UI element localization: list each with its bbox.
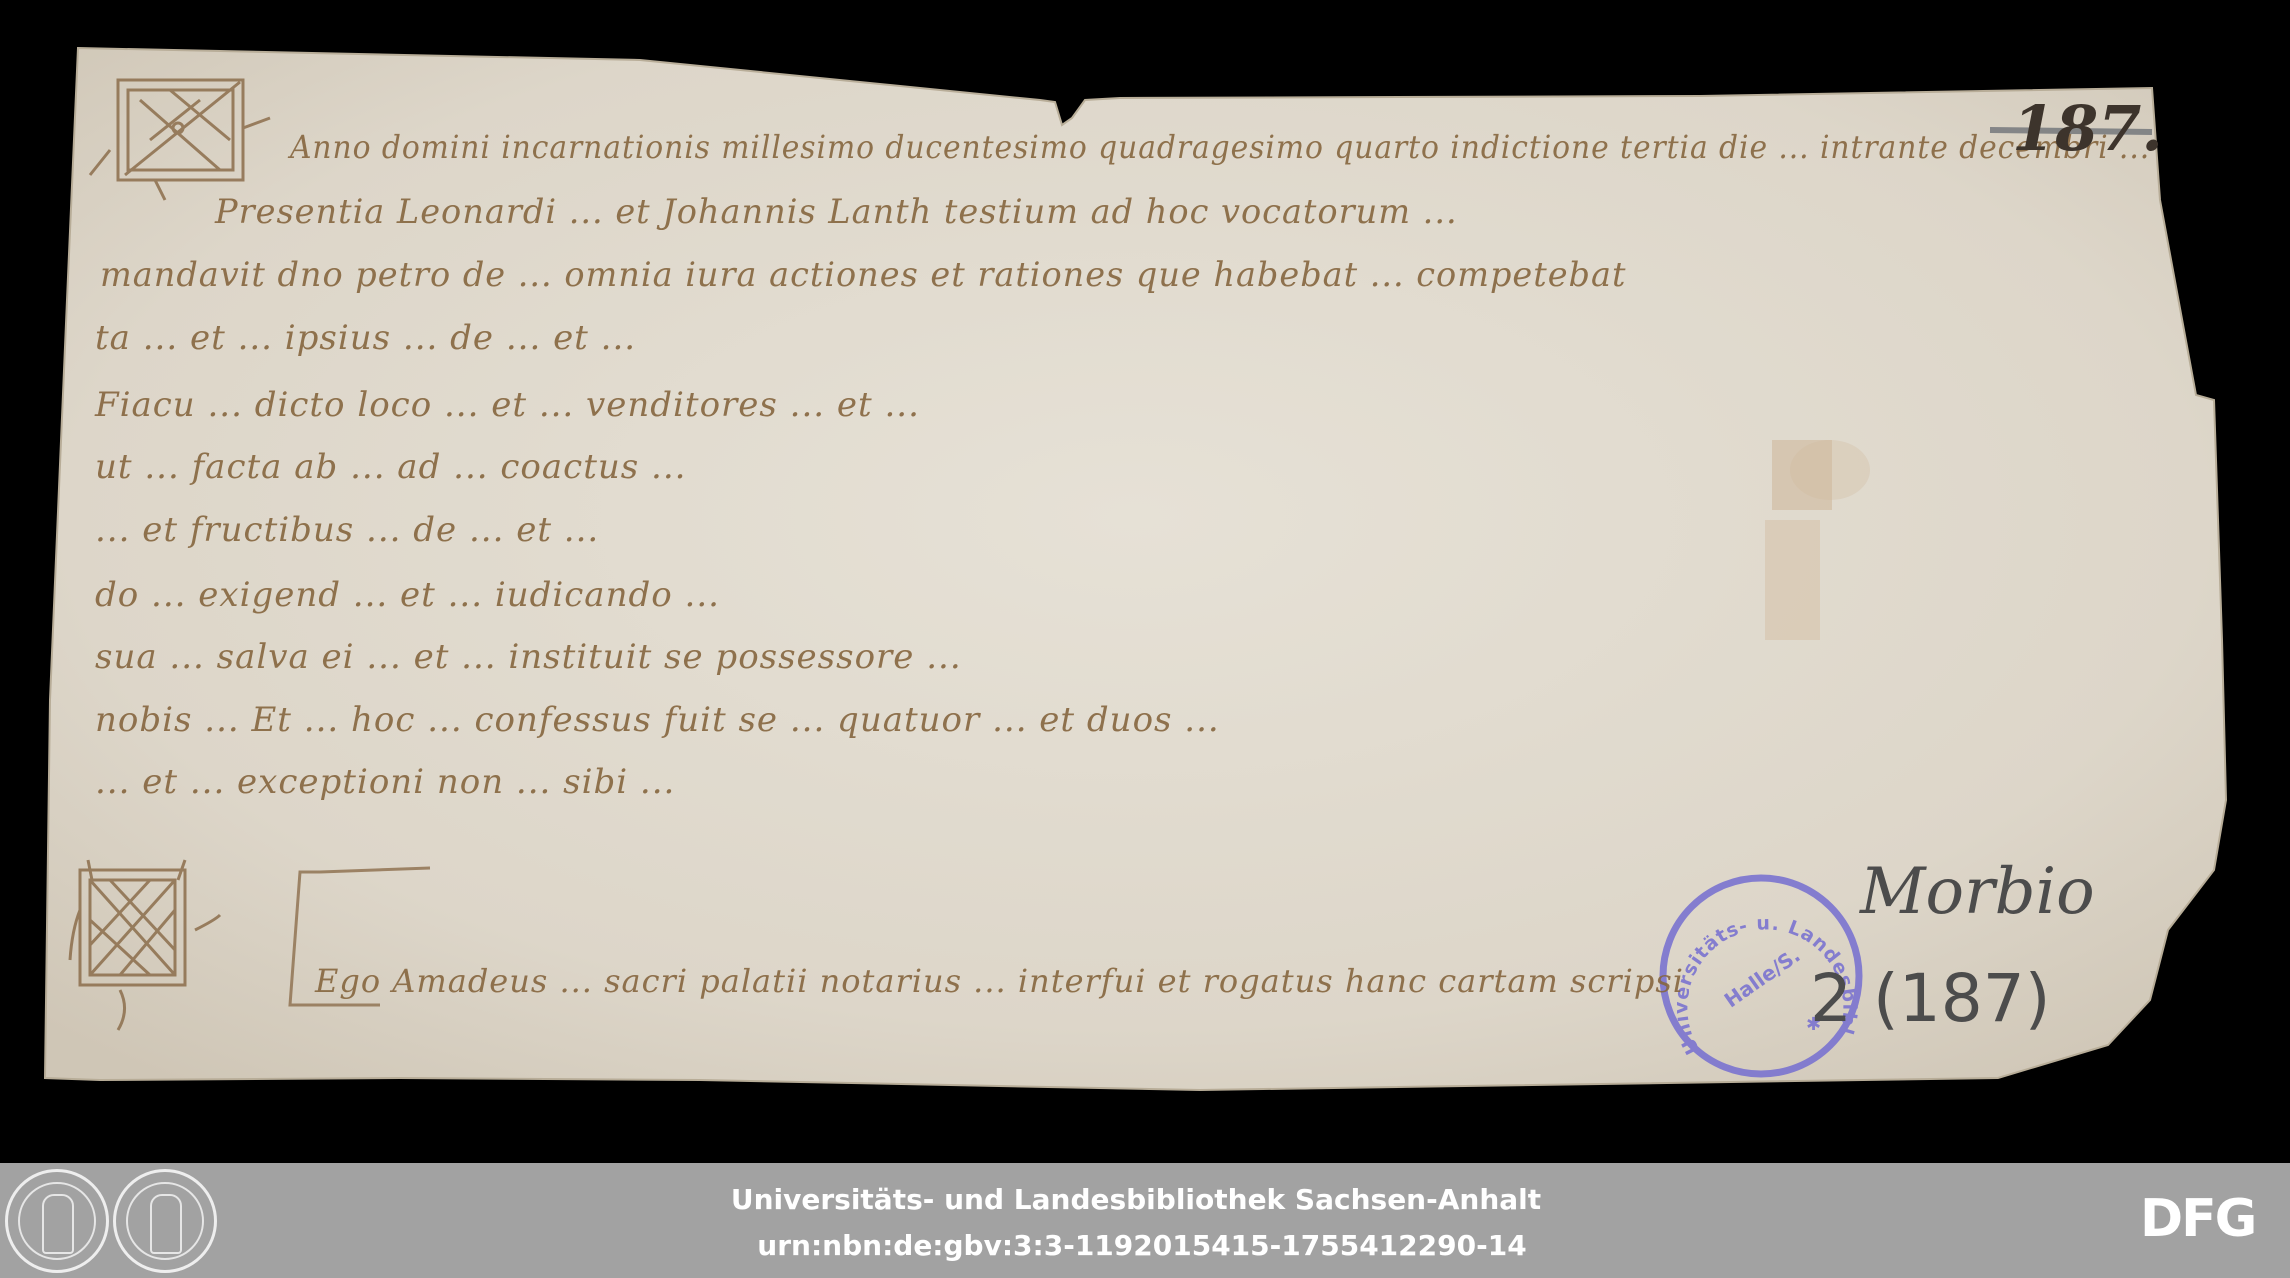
urn-identifier: urn:nbn:de:gbv:3:3-1192015415-1755412290… (757, 1229, 1526, 1262)
text-line-7: ... et fructibus ... de ... et ... (95, 510, 599, 550)
text-line-2: Presentia Leonardi ... et Johannis Lanth… (215, 192, 2150, 232)
text-line-3: mandavit dno petro de ... omnia iura act… (100, 255, 2151, 295)
pencil-note-morbio: Morbio (1860, 855, 2095, 929)
text-line-6: ut ... facta ab ... ad ... coactus ... (95, 447, 686, 487)
text-line-9: sua ... salva ei ... et ... instituit se… (95, 637, 962, 677)
institution-name: Universitäts- und Landesbibliothek Sachs… (737, 1183, 1541, 1216)
pencil-note-number: 2 (187) (1810, 960, 2050, 1037)
dfg-logo: DFG (2140, 1193, 2255, 1245)
footer-bar: Universitäts- und Landesbibliothek Sachs… (0, 1163, 2290, 1278)
notary-subscription: Ego Amadeus ... sacri palatii notarius .… (315, 962, 1684, 1000)
text-line-11: ... et ... exceptioni non ... sibi ... (95, 762, 675, 802)
text-line-4: ta ... et ... ipsius ... de ... et ... (95, 318, 636, 358)
archive-number: 187. (2012, 92, 2163, 165)
document-viewer: Universitäts- u. Landesbibliothek Halle/… (0, 0, 2290, 1163)
text-line-5: Fiacu ... dicto loco ... et ... venditor… (95, 385, 920, 425)
text-line-8: do ... exigend ... et ... iudicando ... (95, 575, 720, 615)
text-line-10: nobis ... Et ... hoc ... confessus fuit … (95, 700, 1220, 740)
stain (1765, 520, 1820, 640)
stain (1790, 440, 1870, 500)
text-line-1: Anno domini incarnationis millesimo duce… (290, 128, 1871, 166)
